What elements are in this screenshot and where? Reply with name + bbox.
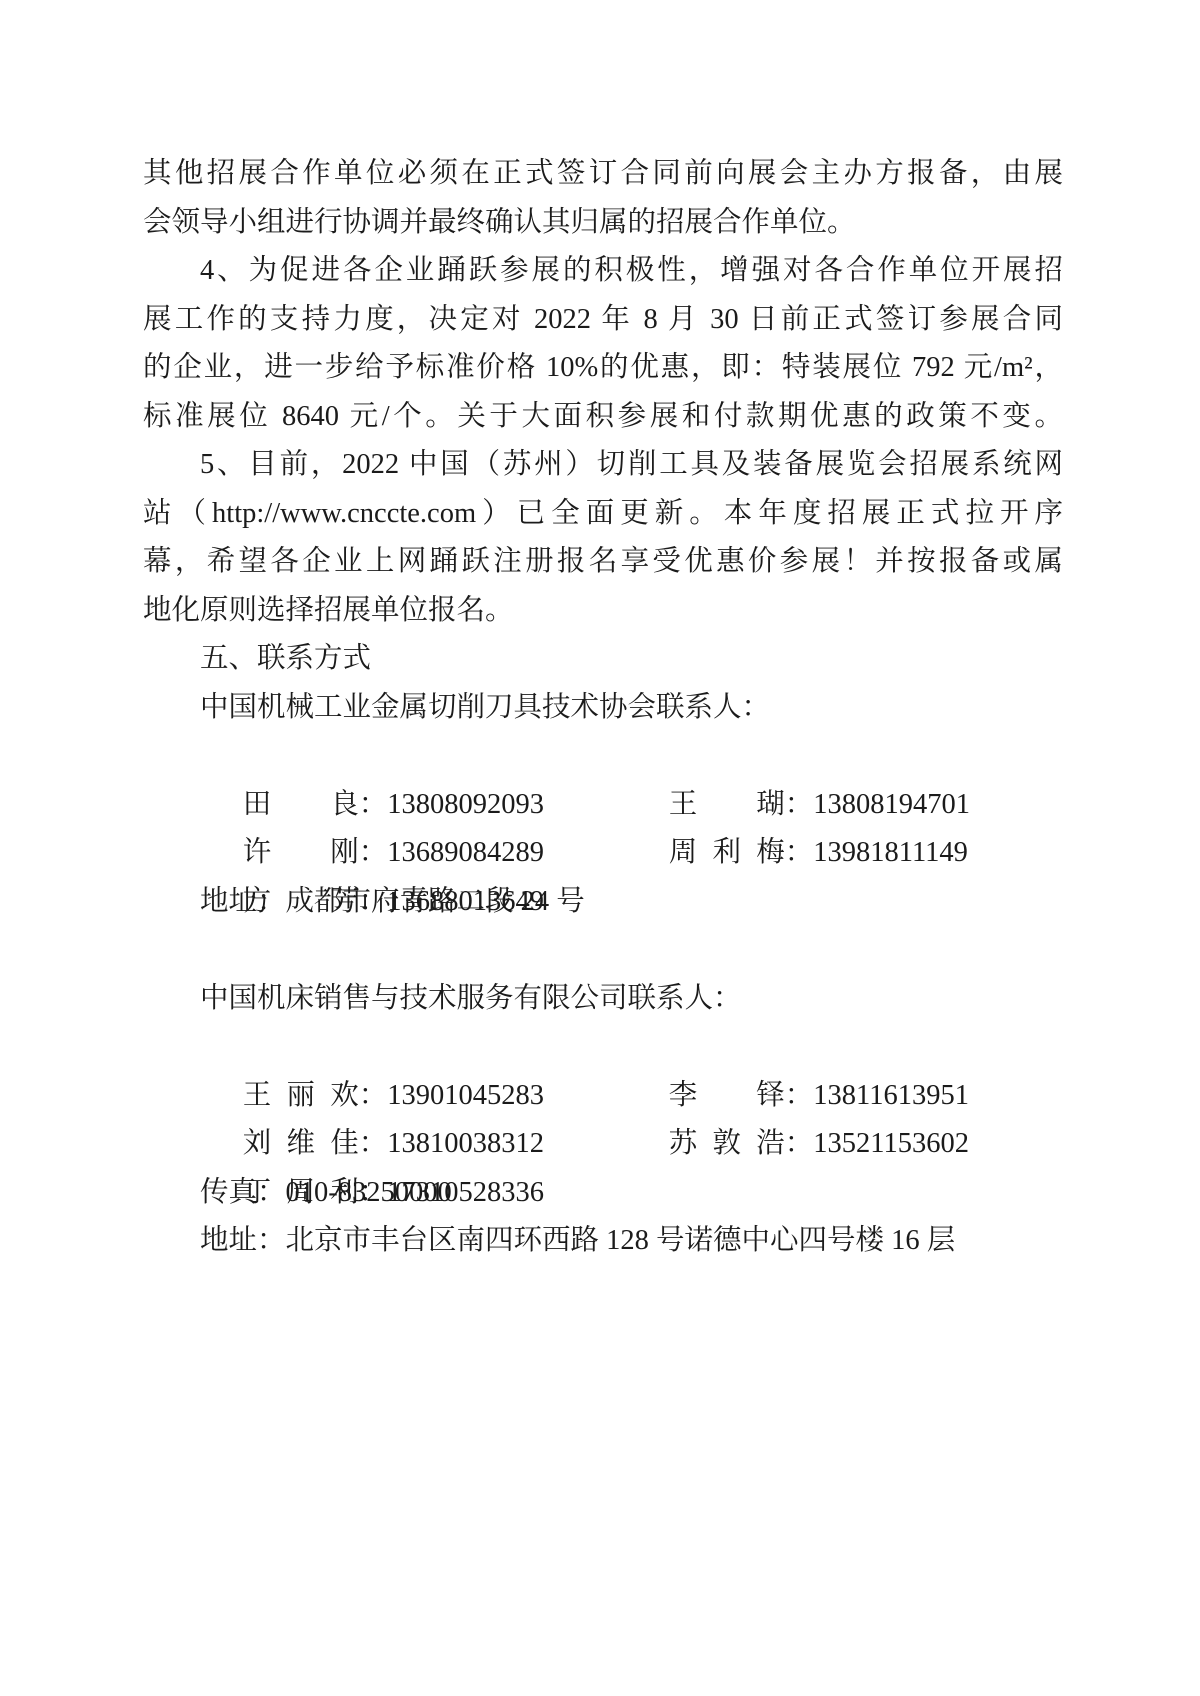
contact-row: 王丽欢：13901045283李 铎：13811613951 xyxy=(143,1023,1063,1072)
body-text-line: 标准展位 8640 元/个。关于大面积参展和付款期优惠的政策不变。 xyxy=(143,393,1063,442)
contact-phone: 13808194701 xyxy=(813,789,970,820)
body-text-line: 地化原则选择招展单位报名。 xyxy=(143,587,1063,636)
contact-entry: 王丽欢：13901045283 xyxy=(243,1072,669,1121)
section-heading-contact: 五、联系方式 xyxy=(143,635,1063,684)
contact-name: 王丽欢 xyxy=(243,1072,359,1121)
document-body: 其他招展合作单位必须在正式签订合同前向展会主办方报备，由展 会领导小组进行协调并… xyxy=(143,150,1063,1266)
body-text-line-item-5: 5、目前，2022 中国（苏州）切削工具及装备展览会招展系统网 xyxy=(143,441,1063,490)
contact-separator: ： xyxy=(359,789,388,820)
document-page: 其他招展合作单位必须在正式签订合同前向展会主办方报备，由展 会领导小组进行协调并… xyxy=(0,0,1200,1696)
contact-phone: 13808092093 xyxy=(387,789,544,820)
contact-entry: 许 刚：13689084289 xyxy=(243,829,669,878)
contact-name: 周利梅 xyxy=(669,829,785,878)
contact-name: 苏敦浩 xyxy=(669,1120,785,1169)
body-text-line: 的企业，进一步给予标准价格 10%的优惠，即：特装展位 792 元/m²， xyxy=(143,344,1063,393)
contact-phone: 13521153602 xyxy=(813,1128,969,1159)
body-text-line: 幕，希望各企业上网踊跃注册报名享受优惠价参展！并按报备或属 xyxy=(143,538,1063,587)
contact-name: 田 良 xyxy=(243,781,359,830)
body-text-line-item-4: 4、为促进各企业踊跃参展的积极性，增强对各合作单位开展招 xyxy=(143,247,1063,296)
contact-phone: 13811613951 xyxy=(813,1080,969,1111)
body-text-line: 其他招展合作单位必须在正式签订合同前向展会主办方报备，由展 xyxy=(143,150,1063,199)
contact-separator: ： xyxy=(785,1080,814,1111)
body-text-line: 会领导小组进行协调并最终确认其归属的招展合作单位。 xyxy=(143,199,1063,248)
contact-entry: 周利梅：13981811149 xyxy=(669,829,968,878)
contact-name: 李 铎 xyxy=(669,1072,785,1121)
contact-phone: 13689084289 xyxy=(387,837,544,868)
contact-separator: ： xyxy=(359,1128,388,1159)
contact-phone: 13810038312 xyxy=(387,1128,544,1159)
address-line-beijing: 地址：北京市丰台区南四环西路 128 号诺德中心四号楼 16 层 xyxy=(143,1217,1063,1266)
blank-line xyxy=(143,926,1063,975)
contact-entry: 苏敦浩：13521153602 xyxy=(669,1120,969,1169)
contact-name: 许 刚 xyxy=(243,829,359,878)
contact-name: 王 瑚 xyxy=(669,781,785,830)
contact-row: 田 良：13808092093王 瑚：13808194701 xyxy=(143,732,1063,781)
contact-separator: ： xyxy=(785,837,814,868)
body-text-line-website: 站（http://www.cnccte.com）已全面更新。本年度招展正式拉开序 xyxy=(143,490,1063,539)
contact-entry: 李 铎：13811613951 xyxy=(669,1072,969,1121)
contact-phone: 13901045283 xyxy=(387,1080,544,1111)
contact-name: 刘维佳 xyxy=(243,1120,359,1169)
contact-entry: 田 良：13808092093 xyxy=(243,781,669,830)
contact-entry: 王 瑚：13808194701 xyxy=(669,781,970,830)
contact-org-line-association: 中国机械工业金属切削刀具技术协会联系人： xyxy=(143,684,1063,733)
contact-org-line-company: 中国机床销售与技术服务有限公司联系人： xyxy=(143,975,1063,1024)
contact-separator: ： xyxy=(785,789,814,820)
body-text-line: 展工作的支持力度，决定对 2022 年 8 月 30 日前正式签订参展合同 xyxy=(143,296,1063,345)
contact-separator: ： xyxy=(359,1080,388,1111)
contact-separator: ： xyxy=(359,837,388,868)
contact-entry: 刘维佳：13810038312 xyxy=(243,1120,669,1169)
contact-separator: ： xyxy=(785,1128,814,1159)
contact-phone: 13981811149 xyxy=(813,837,968,868)
